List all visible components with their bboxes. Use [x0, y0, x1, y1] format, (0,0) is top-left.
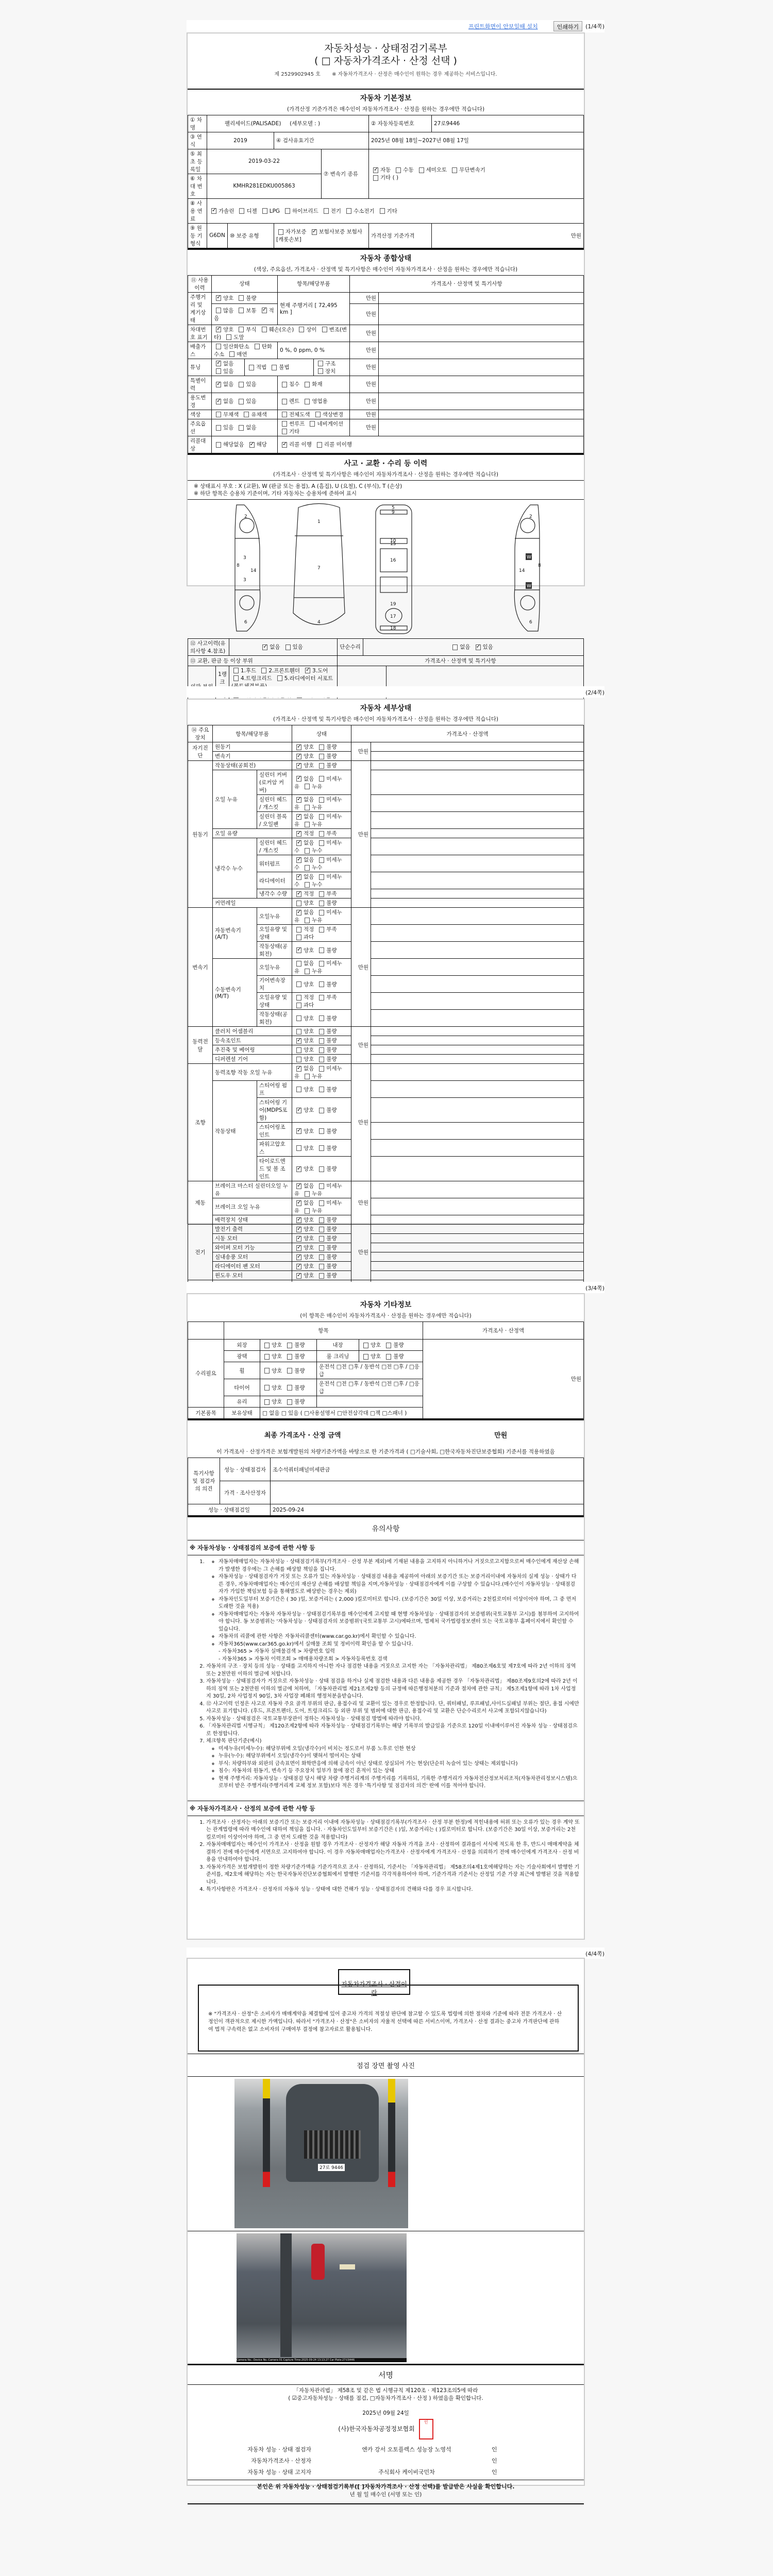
checkbox-option[interactable]: 없음 [260, 644, 280, 650]
checkbox-icon[interactable] [216, 442, 221, 448]
checkbox-icon[interactable] [319, 981, 324, 987]
checkbox-option[interactable]: 영업용 [303, 398, 327, 404]
checked-box-icon[interactable] [296, 874, 301, 880]
checkbox-option[interactable]: 불량 [317, 947, 337, 954]
checked-box-icon[interactable] [296, 1217, 301, 1223]
checkbox-option[interactable]: 없음 [294, 874, 314, 880]
checkbox-option[interactable]: 없음 [237, 425, 256, 431]
checkbox-option[interactable]: 장치 [316, 368, 335, 375]
checkbox-option[interactable]: 리콜 미이행 [315, 442, 352, 448]
checkbox-icon[interactable] [264, 1385, 270, 1391]
checkbox-icon[interactable] [305, 1208, 310, 1214]
checkbox-icon[interactable] [287, 1385, 292, 1391]
checkbox-option[interactable]: 불량 [317, 1028, 337, 1035]
checkbox-icon[interactable] [318, 368, 323, 374]
checkbox-option[interactable]: 양호 [294, 947, 314, 954]
checkbox-icon[interactable] [319, 1047, 324, 1053]
checkbox-icon[interactable] [216, 412, 221, 417]
checkbox-option[interactable]: 적법 [247, 364, 266, 370]
checkbox-icon[interactable] [319, 891, 324, 897]
checkbox-icon[interactable] [386, 1354, 391, 1360]
checkbox-option[interactable]: 있음 [283, 644, 303, 650]
checkbox-option[interactable]: 렌트 [280, 398, 299, 404]
checkbox-option[interactable]: 불량 [317, 1226, 337, 1232]
checkbox-icon[interactable] [282, 399, 287, 404]
checkbox-option[interactable]: LPG [260, 208, 280, 214]
checkbox-icon[interactable] [319, 1057, 324, 1062]
checkbox-option[interactable]: 누유 [303, 821, 322, 827]
checkbox-icon[interactable] [296, 1057, 301, 1062]
checkbox-option[interactable]: 양호 [294, 1254, 314, 1260]
checked-box-icon[interactable] [216, 327, 221, 332]
checked-box-icon[interactable] [262, 645, 267, 650]
checkbox-option[interactable]: 기타 [378, 208, 397, 214]
checked-box-icon[interactable] [216, 399, 221, 404]
checked-box-icon[interactable] [249, 442, 255, 448]
checkbox-option[interactable]: 양호 [262, 1342, 282, 1348]
checkbox-option[interactable]: 화재 [303, 381, 322, 387]
checked-box-icon[interactable] [262, 308, 267, 313]
checkbox-icon[interactable] [305, 969, 310, 974]
checkbox-icon[interactable] [319, 797, 324, 803]
checkbox-icon[interactable] [287, 1399, 292, 1405]
checkbox-icon[interactable] [319, 1038, 324, 1044]
checked-box-icon[interactable] [296, 1128, 301, 1134]
checkbox-icon[interactable] [264, 1399, 270, 1405]
checkbox-icon[interactable] [216, 344, 221, 349]
checkbox-option[interactable]: 상이 [297, 327, 316, 333]
checkbox-icon[interactable] [282, 421, 287, 427]
checked-box-icon[interactable] [296, 891, 301, 897]
checkbox-option[interactable]: 수동 [394, 167, 413, 173]
checkbox-icon[interactable] [296, 961, 301, 967]
checkbox-option[interactable]: 양호 [294, 1235, 314, 1242]
checkbox-option[interactable]: 없음 [294, 960, 314, 967]
checkbox-option[interactable]: 양호 [361, 1353, 381, 1360]
checkbox-icon[interactable] [239, 425, 244, 431]
checked-box-icon[interactable] [296, 1108, 301, 1113]
checkbox-option[interactable]: 있음 [237, 381, 256, 387]
checkbox-icon[interactable] [319, 1166, 324, 1172]
checkbox-option[interactable]: 4.트렁크리드 [231, 675, 272, 682]
checkbox-option[interactable]: 2.프론트휀더 [259, 668, 300, 674]
checkbox-icon[interactable] [373, 175, 378, 181]
checkbox-option[interactable]: 1.후드 [231, 668, 256, 674]
checkbox-option[interactable]: 불량 [285, 1342, 305, 1348]
checkbox-icon[interactable] [305, 784, 310, 789]
checkbox-option[interactable]: 누유 [303, 784, 322, 790]
checkbox-option[interactable]: 불법 [270, 364, 289, 370]
checkbox-option[interactable]: 없음 [294, 840, 314, 846]
checkbox-icon[interactable] [226, 334, 231, 340]
checkbox-icon[interactable] [282, 429, 287, 434]
checked-box-icon[interactable] [216, 382, 221, 387]
checkbox-option[interactable]: 누수 [303, 882, 322, 888]
checkbox-icon[interactable] [319, 776, 324, 782]
checkbox-option[interactable]: 양호 [294, 744, 314, 750]
checkbox-icon[interactable] [319, 1029, 324, 1035]
checkbox-option[interactable]: 누유 [303, 804, 322, 810]
checkbox-icon[interactable] [296, 1047, 301, 1053]
checkbox-icon[interactable] [319, 840, 324, 846]
checkbox-option[interactable]: 양호 [294, 981, 314, 988]
checkbox-option[interactable]: 없음 [214, 361, 233, 367]
checked-box-icon[interactable] [216, 295, 221, 301]
checkbox-option[interactable]: 전기 [322, 208, 341, 214]
checkbox-icon[interactable] [319, 1227, 324, 1232]
checkbox-option[interactable]: 양호 [262, 1385, 282, 1391]
checkbox-option[interactable]: 보통 [237, 308, 256, 314]
checkbox-option[interactable]: 불량 [317, 1217, 337, 1223]
checked-box-icon[interactable] [296, 1236, 301, 1242]
checkbox-option[interactable]: 많음 [214, 308, 233, 314]
checkbox-icon[interactable] [305, 382, 310, 387]
checkbox-icon[interactable] [277, 675, 282, 681]
checkbox-option[interactable]: 침수 [280, 381, 299, 387]
checkbox-icon[interactable] [285, 645, 291, 650]
checkbox-icon[interactable] [278, 229, 283, 235]
checkbox-icon[interactable] [239, 295, 244, 301]
checkbox-option[interactable]: 불량 [285, 1385, 305, 1391]
checkbox-icon[interactable] [287, 1343, 292, 1348]
checkbox-option[interactable]: 양호 [294, 1028, 314, 1035]
checkbox-icon[interactable] [216, 308, 221, 313]
checkbox-option[interactable]: 양호 [361, 1342, 381, 1348]
checkbox-option[interactable]: 불량 [317, 1254, 337, 1260]
checkbox-option[interactable]: 기타 ( ) [371, 175, 398, 181]
checkbox-option[interactable]: 불량 [384, 1342, 404, 1348]
checkbox-icon[interactable] [296, 1015, 301, 1021]
checkbox-icon[interactable] [305, 805, 310, 810]
checked-box-icon[interactable] [296, 814, 301, 820]
checkbox-icon[interactable] [319, 1183, 324, 1189]
checkbox-icon[interactable] [305, 822, 310, 827]
checkbox-option[interactable]: 과다 [294, 1002, 314, 1008]
checkbox-option[interactable]: 불량 [317, 1038, 337, 1044]
checkbox-icon[interactable] [296, 1003, 301, 1008]
checkbox-option[interactable]: 없음 [450, 644, 470, 650]
checkbox-option[interactable]: 있음 [237, 398, 256, 404]
checked-box-icon[interactable] [296, 1255, 301, 1260]
checkbox-option[interactable]: 양호 [294, 1217, 314, 1223]
checkbox-option[interactable]: 누수 [303, 848, 322, 854]
checkbox-icon[interactable] [287, 1368, 292, 1374]
checkbox-option[interactable]: 3.도어 [303, 668, 328, 674]
checked-box-icon[interactable] [296, 1038, 301, 1044]
checked-box-icon[interactable] [296, 744, 301, 750]
checkbox-option[interactable]: 유채색 [242, 412, 266, 418]
checkbox-icon[interactable] [305, 918, 310, 923]
checkbox-option[interactable]: 불량 [317, 762, 337, 769]
checkbox-icon[interactable] [419, 167, 424, 173]
checkbox-option[interactable]: 불량 [317, 1056, 337, 1062]
checkbox-option[interactable]: 불량 [317, 1235, 337, 1242]
checkbox-option[interactable]: 양호 [262, 1353, 282, 1360]
checkbox-option[interactable]: 리콜 이행 [280, 442, 312, 448]
checkbox-icon[interactable] [310, 421, 315, 427]
checkbox-option[interactable]: 해당없음 [214, 442, 244, 448]
checkbox-option[interactable]: 자가보증 [276, 229, 307, 235]
checkbox-icon[interactable] [296, 1029, 301, 1035]
checkbox-option[interactable]: 양호 [294, 1245, 314, 1251]
checkbox-option[interactable]: 양호 [294, 1226, 314, 1232]
checkbox-option[interactable]: 수소전기 [344, 208, 375, 214]
checked-box-icon[interactable] [296, 1273, 301, 1279]
checkbox-option[interactable]: 없음 [294, 1065, 314, 1072]
checkbox-icon[interactable] [296, 995, 301, 1001]
checkbox-icon[interactable] [319, 1128, 324, 1134]
checkbox-icon[interactable] [305, 1191, 310, 1197]
checkbox-option[interactable]: 양호 [262, 1399, 282, 1405]
checkbox-option[interactable]: 누유 [303, 917, 322, 923]
checkbox-icon[interactable] [305, 1074, 310, 1079]
checkbox-option[interactable]: 구조 [316, 361, 335, 367]
checkbox-icon[interactable] [296, 1087, 301, 1092]
checked-box-icon[interactable] [373, 167, 378, 173]
checkbox-option[interactable]: 부식 [237, 327, 256, 333]
checkbox-icon[interactable] [296, 935, 301, 940]
checkbox-icon[interactable] [319, 1273, 324, 1279]
checkbox-option[interactable]: 없음 [294, 857, 314, 863]
checkbox-icon[interactable] [296, 927, 301, 933]
checkbox-option[interactable]: 매연 [227, 351, 247, 358]
checkbox-option[interactable]: 누유 [303, 1073, 322, 1079]
checkbox-option[interactable]: 부족 [317, 891, 337, 897]
checkbox-icon[interactable] [233, 668, 239, 673]
checkbox-option[interactable]: 불량 [317, 1047, 337, 1053]
checkbox-option[interactable]: 불량 [285, 1399, 305, 1405]
checkbox-icon[interactable] [287, 1354, 292, 1360]
checkbox-icon[interactable] [319, 1066, 324, 1072]
checkbox-option[interactable]: 누유 [303, 968, 322, 974]
checkbox-option[interactable]: 일산화탄소 [214, 344, 249, 350]
checkbox-option[interactable]: 불량 [317, 981, 337, 988]
checkbox-icon[interactable] [285, 208, 290, 214]
checkbox-icon[interactable] [262, 208, 267, 214]
checkbox-icon[interactable] [305, 848, 310, 854]
print-button[interactable]: 인쇄하기 [553, 21, 583, 31]
checkbox-icon[interactable] [319, 961, 324, 967]
checkbox-option[interactable]: 양호 [294, 1056, 314, 1062]
checked-box-icon[interactable] [296, 1200, 301, 1206]
checkbox-icon[interactable] [239, 382, 244, 387]
checkbox-option[interactable]: 있음 [474, 644, 493, 650]
checkbox-option[interactable]: 불량 [317, 753, 337, 759]
checkbox-icon[interactable] [452, 167, 457, 173]
checkbox-option[interactable]: 양호 [294, 1145, 314, 1151]
checkbox-option[interactable]: 적정 [294, 831, 314, 837]
checked-box-icon[interactable] [216, 361, 221, 366]
checkbox-icon[interactable] [216, 425, 221, 431]
checked-box-icon[interactable] [296, 947, 301, 953]
checkbox-option[interactable]: 부족 [317, 831, 337, 837]
checkbox-option[interactable]: 양호 [294, 753, 314, 759]
checked-box-icon[interactable] [312, 229, 317, 235]
checkbox-icon[interactable] [296, 981, 301, 987]
checkbox-option[interactable]: 양호 [214, 295, 233, 301]
checkbox-icon[interactable] [319, 744, 324, 750]
checkbox-option[interactable]: 없음 [294, 776, 314, 782]
checkbox-icon[interactable] [363, 1354, 368, 1360]
checkbox-option[interactable]: 불량 [317, 1166, 337, 1172]
checkbox-icon[interactable] [319, 1217, 324, 1223]
checkbox-icon[interactable] [239, 399, 244, 404]
checked-box-icon[interactable] [296, 840, 301, 846]
checkbox-option[interactable]: 없음 [294, 909, 314, 916]
checkbox-option[interactable]: 가솔린 [209, 208, 234, 214]
checkbox-icon[interactable] [239, 327, 244, 332]
checked-box-icon[interactable] [296, 754, 301, 759]
checkbox-icon[interactable] [272, 365, 277, 370]
checkbox-option[interactable]: 누유 [303, 1191, 322, 1197]
checkbox-icon[interactable] [319, 995, 324, 1001]
checkbox-icon[interactable] [319, 1145, 324, 1151]
checked-box-icon[interactable] [476, 645, 481, 650]
checkbox-option[interactable]: 해당 [247, 442, 267, 448]
checkbox-icon[interactable] [319, 1245, 324, 1251]
checkbox-icon[interactable] [396, 167, 401, 173]
checkbox-option[interactable]: 양호 [294, 1015, 314, 1022]
checkbox-option[interactable]: 양호 [294, 1038, 314, 1044]
checkbox-option[interactable]: 없음 [294, 796, 314, 803]
checked-box-icon[interactable] [282, 442, 287, 448]
checked-box-icon[interactable] [296, 763, 301, 769]
checkbox-icon[interactable] [319, 927, 324, 933]
checkbox-option[interactable]: 도말 [224, 334, 244, 341]
checked-box-icon[interactable] [296, 1227, 301, 1232]
checkbox-icon[interactable] [319, 763, 324, 769]
checkbox-icon[interactable] [264, 1368, 270, 1374]
checkbox-icon[interactable] [305, 882, 310, 888]
checkbox-option[interactable]: 부족 [317, 994, 337, 1001]
checkbox-option[interactable]: 없음 [294, 814, 314, 820]
checked-box-icon[interactable] [296, 1166, 301, 1172]
checkbox-option[interactable]: 불량 [317, 1273, 337, 1279]
checkbox-icon[interactable] [319, 874, 324, 880]
checkbox-option[interactable]: 훼손(오손) [260, 327, 294, 333]
checkbox-option[interactable]: 불량 [317, 1245, 337, 1251]
print-install-link[interactable]: 프린트화면이 안보일때 설치 [468, 22, 538, 30]
checkbox-icon[interactable] [452, 645, 458, 650]
checkbox-icon[interactable] [363, 1343, 368, 1348]
checkbox-option[interactable]: 불량 [317, 744, 337, 750]
checkbox-option[interactable]: 양호 [294, 1166, 314, 1172]
checkbox-option[interactable]: 네비게이션 [308, 421, 343, 427]
checkbox-option[interactable]: 없음 [294, 1183, 314, 1189]
checkbox-icon[interactable] [319, 1255, 324, 1260]
checkbox-option[interactable]: 없음 [214, 381, 233, 387]
checkbox-icon[interactable] [319, 831, 324, 837]
checkbox-option[interactable]: 불량 [384, 1353, 404, 1360]
checkbox-option[interactable]: 기타 [280, 429, 299, 435]
checked-box-icon[interactable] [296, 1264, 301, 1269]
checkbox-option[interactable]: 적정 [294, 926, 314, 933]
checkbox-icon[interactable] [317, 442, 322, 448]
checkbox-icon[interactable] [319, 1015, 324, 1021]
checkbox-icon[interactable] [346, 208, 351, 214]
checkbox-option[interactable]: 양호 [262, 1368, 282, 1374]
checkbox-option[interactable]: 양호 [294, 900, 314, 906]
checkbox-icon[interactable] [282, 382, 287, 387]
checkbox-icon[interactable] [262, 327, 267, 332]
checked-box-icon[interactable] [296, 910, 301, 916]
checkbox-icon[interactable] [319, 1200, 324, 1206]
checkbox-option[interactable]: 과다 [294, 934, 314, 940]
checkbox-option[interactable]: 적정 [294, 994, 314, 1001]
checkbox-icon[interactable] [255, 344, 260, 349]
checkbox-option[interactable]: 전체도색 [280, 412, 310, 418]
checkbox-option[interactable]: 불량 [285, 1368, 305, 1374]
checkbox-icon[interactable] [216, 368, 221, 374]
checkbox-icon[interactable] [319, 1236, 324, 1242]
checkbox-option[interactable]: 누유 [303, 1208, 322, 1214]
checkbox-option[interactable]: 불량 [317, 1145, 337, 1151]
checkbox-option[interactable]: 양호 [294, 1128, 314, 1134]
checkbox-option[interactable]: 누수 [303, 865, 322, 871]
checkbox-option[interactable]: 적정 [294, 891, 314, 897]
checkbox-icon[interactable] [244, 412, 249, 417]
checkbox-icon[interactable] [296, 1145, 301, 1151]
checkbox-icon[interactable] [296, 901, 301, 906]
checkbox-option[interactable]: 없음 [214, 398, 233, 404]
checkbox-option[interactable]: 디젤 [237, 208, 257, 214]
checkbox-icon[interactable] [322, 327, 327, 332]
checkbox-option[interactable]: 무채색 [214, 412, 239, 418]
checkbox-option[interactable]: 불량 [317, 1087, 337, 1093]
checkbox-icon[interactable] [318, 361, 323, 366]
checkbox-option[interactable]: 불량 [285, 1353, 305, 1360]
checkbox-option[interactable]: 있음 [214, 425, 233, 431]
checkbox-option[interactable]: 썬루프 [280, 421, 305, 427]
checkbox-option[interactable]: 불량 [317, 1015, 337, 1022]
checkbox-icon[interactable] [282, 412, 287, 417]
checked-box-icon[interactable] [296, 797, 301, 803]
checkbox-icon[interactable] [319, 814, 324, 820]
checkbox-icon[interactable] [233, 675, 239, 681]
checkbox-icon[interactable] [264, 1354, 270, 1360]
checked-box-icon[interactable] [296, 1245, 301, 1251]
checkbox-icon[interactable] [249, 365, 254, 370]
checkbox-option[interactable]: 부족 [317, 926, 337, 933]
checked-box-icon[interactable] [305, 668, 310, 673]
checkbox-option[interactable]: 양호 [214, 327, 233, 333]
checkbox-icon[interactable] [319, 857, 324, 863]
checkbox-option[interactable]: 있음 [214, 368, 233, 375]
checkbox-option[interactable]: 자동 [371, 167, 391, 173]
checkbox-option[interactable]: 양호 [294, 1273, 314, 1279]
checkbox-icon[interactable] [319, 901, 324, 906]
checkbox-icon[interactable] [386, 1343, 391, 1348]
checkbox-option[interactable]: 불량 [237, 295, 256, 301]
checked-box-icon[interactable] [296, 1183, 301, 1189]
checkbox-icon[interactable] [319, 754, 324, 759]
checkbox-icon[interactable] [315, 412, 321, 417]
checkbox-option[interactable]: 불량 [317, 1107, 337, 1113]
checkbox-icon[interactable] [305, 399, 310, 404]
checkbox-icon[interactable] [299, 327, 304, 332]
checkbox-option[interactable]: 불량 [317, 1128, 337, 1134]
checked-box-icon[interactable] [296, 857, 301, 863]
checkbox-icon[interactable] [305, 865, 310, 871]
checkbox-option[interactable]: 색상변경 [313, 412, 344, 418]
checkbox-icon[interactable] [319, 947, 324, 953]
checkbox-option[interactable]: 양호 [294, 762, 314, 769]
checkbox-option[interactable]: 불량 [317, 1263, 337, 1269]
checked-box-icon[interactable] [296, 1066, 301, 1072]
checkbox-option[interactable]: 없음 [294, 1200, 314, 1206]
checkbox-icon[interactable] [319, 1264, 324, 1269]
checked-box-icon[interactable] [296, 831, 301, 837]
